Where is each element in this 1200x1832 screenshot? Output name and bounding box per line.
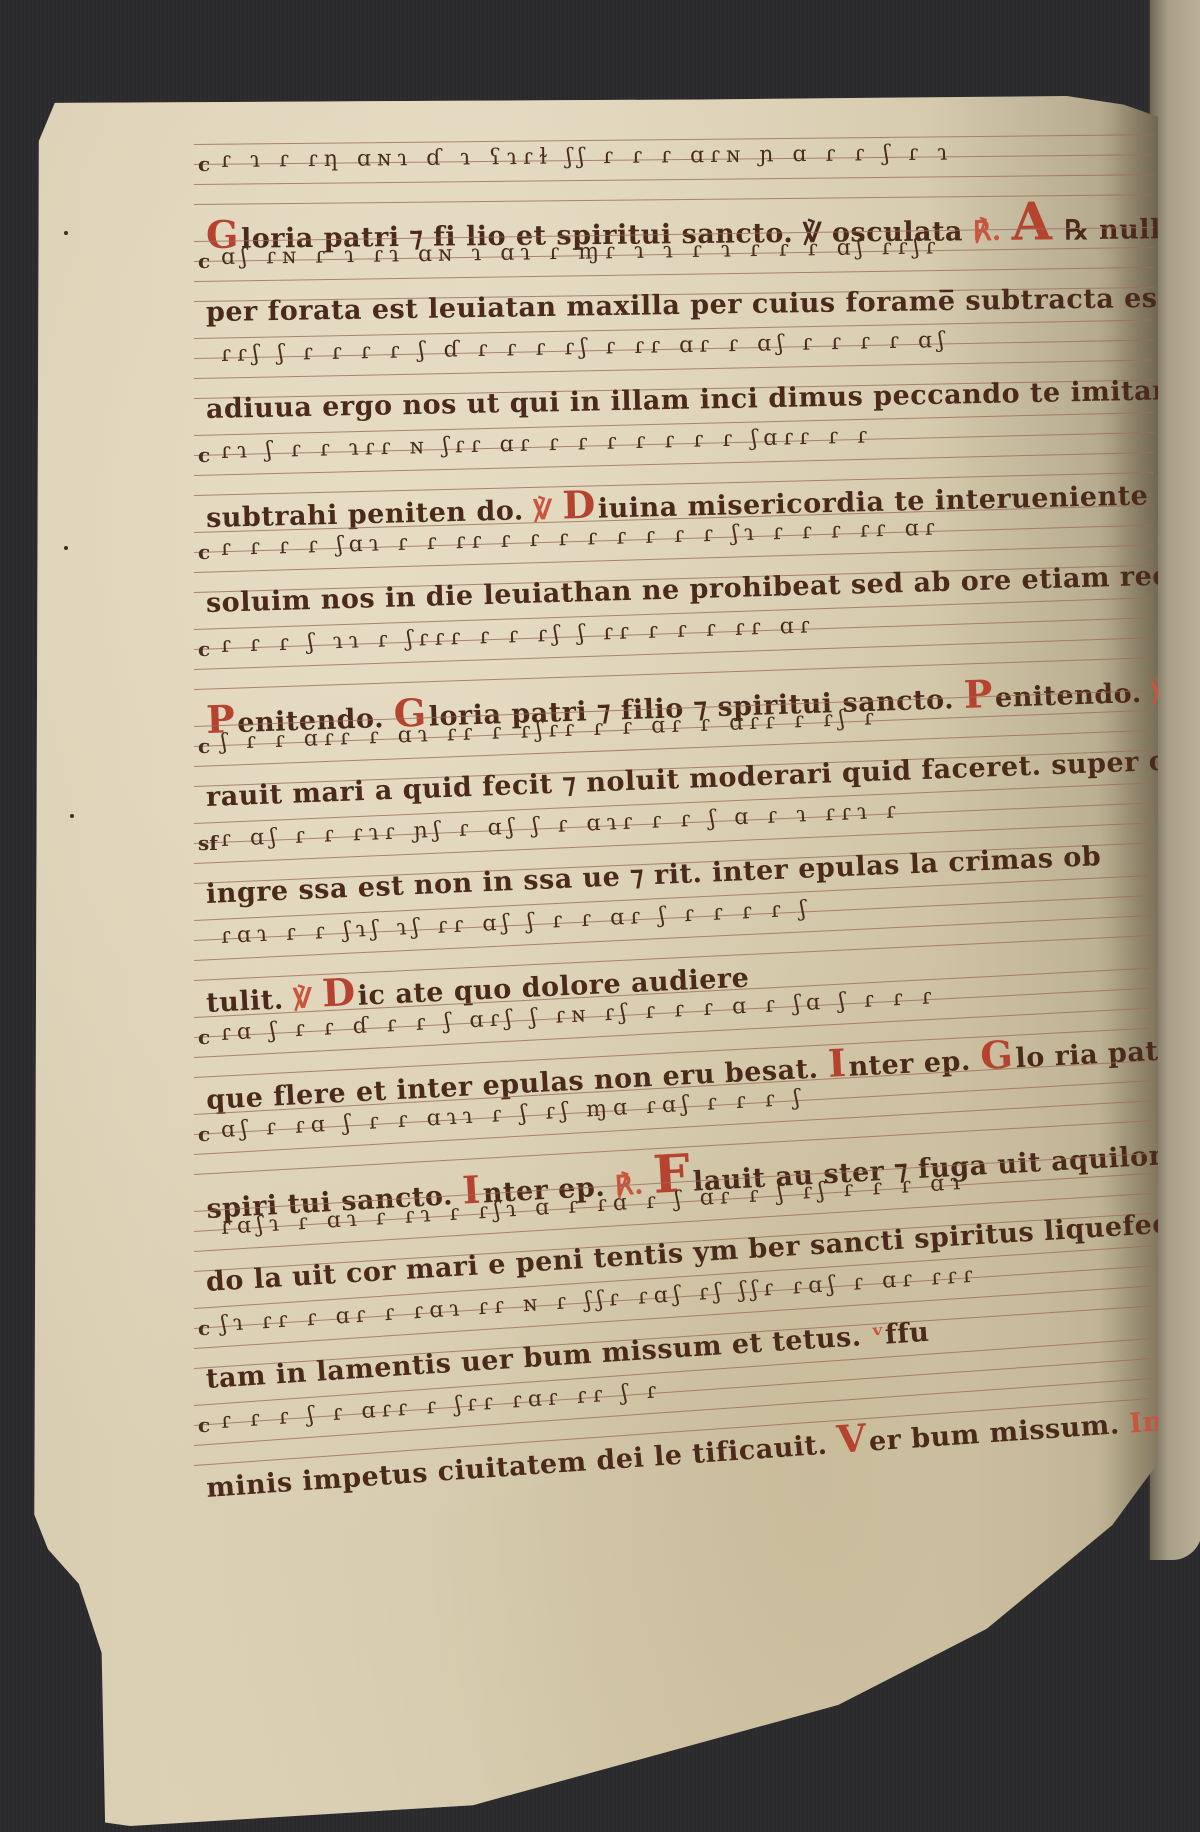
c-clef: c bbox=[198, 1122, 210, 1146]
prick-mark bbox=[64, 546, 68, 550]
staff-line bbox=[194, 174, 1154, 185]
lyric-text: tetus. bbox=[761, 1321, 872, 1359]
neume-row: ɾ ɿ ɾ ɾƞ ɑɴɿ ɗ ɿ ʕɿɾɫ ʃʃ ɾ ɾ ɾ ɑɾɴ ɲ ɑ ɾ… bbox=[221, 141, 954, 173]
neume-row: ɾɿ ʃ ɾ ɾ ɿɾɾ ɴ ʃɾɾ ɑɾ ɾ ɾ ɾ ɾ ɾ ɾ ɾ ʃɑɾɾ… bbox=[221, 423, 874, 464]
lyric-text: soluim nos in die leuiathan ne prohibeat… bbox=[206, 554, 1200, 619]
lyric-text: minis impetus ciuitatem dei le tificauit… bbox=[205, 1429, 838, 1504]
c-clef: c bbox=[198, 249, 210, 273]
prick-mark bbox=[64, 231, 68, 235]
c-clef: c bbox=[198, 540, 210, 564]
lyric-text: er bum missum. bbox=[868, 1409, 1131, 1458]
neume-row: ɾɾʃ ʃ ɾ ɾ ɾ ɾ ʃ ɗ ɾ ɾ ɾ ɾʃ ɾ ɾɾ ɑɾ ɾ ɑʃ … bbox=[221, 328, 951, 367]
chant-text-line: soluim nos in die leuiathan ne prohibeat… bbox=[206, 554, 1200, 619]
lyric-text: ffu bbox=[884, 1317, 930, 1351]
c-clef: sf bbox=[198, 831, 218, 855]
c-clef: c bbox=[198, 734, 210, 758]
staff-line bbox=[194, 267, 1154, 282]
chant-text-line: minis impetus ciuitatem dei le tificauit… bbox=[204, 1372, 1200, 1506]
c-clef: c bbox=[198, 1316, 210, 1340]
red-initial: A bbox=[1011, 191, 1052, 252]
chant-text-line: adiuua ergo nos ut qui in illam inci dim… bbox=[206, 371, 1200, 425]
c-clef: c bbox=[198, 1413, 210, 1437]
c-clef: c bbox=[198, 637, 210, 661]
prick-mark bbox=[70, 814, 74, 818]
decorated-initial: G bbox=[979, 1031, 1014, 1078]
manuscript-leaf: cɾ ɿ ɾ ɾƞ ɑɴɿ ɗ ɿ ʕɿɾɫ ʃʃ ɾ ɾ ɾ ɑɾɴ ɲ ɑ … bbox=[16, 96, 1158, 1826]
decorated-initial: P bbox=[963, 671, 994, 717]
lyric-text: adiuua ergo nos ut qui in illam inci dim… bbox=[206, 371, 1200, 425]
c-clef: c bbox=[198, 152, 210, 176]
decorated-initial: V bbox=[835, 1415, 868, 1462]
rubric-text: ℟. bbox=[963, 216, 1012, 247]
c-clef: c bbox=[198, 1025, 210, 1049]
c-clef: c bbox=[198, 443, 210, 467]
